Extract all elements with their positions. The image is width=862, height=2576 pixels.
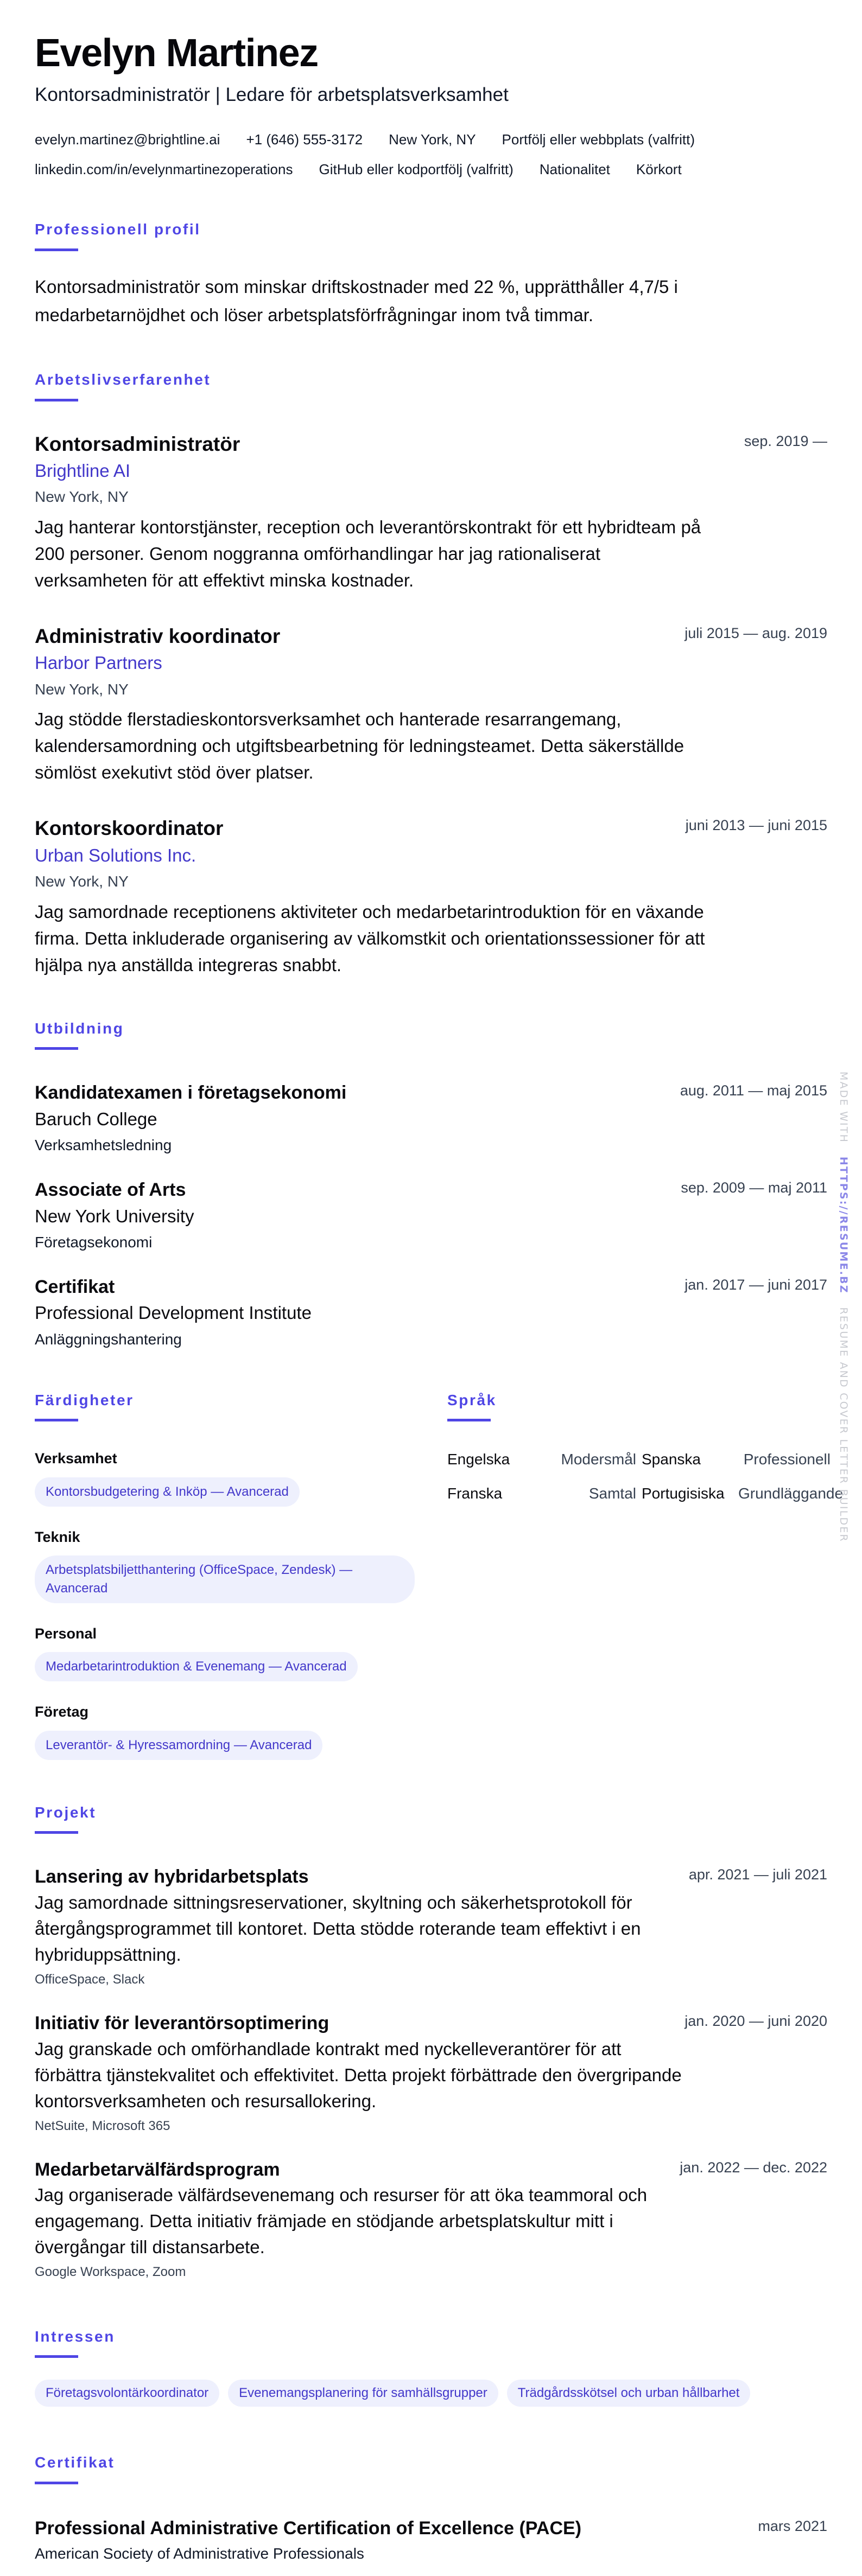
contact-location: New York, NY [389,131,476,148]
section-title-certificates: Certifikat [35,2453,827,2472]
language-list: Engelska Modersmål Spanska Professionell… [447,1450,827,1503]
section-education: Utbildning aug. 2011 — maj 2015 Kandidat… [35,1019,827,1349]
education-entry: sep. 2009 — maj 2011 Associate of Arts N… [35,1178,827,1252]
watermark-link[interactable]: HTTPS://RESUME.BZ [838,1157,850,1294]
section-experience: Arbetslivserfarenhet sep. 2019 — Kontors… [35,371,827,978]
section-divider [35,2482,78,2484]
watermark: MADE WITH HTTPS://RESUME.BZ RESUME AND C… [838,1072,850,1542]
job-location: New York, NY [35,872,827,891]
project-description: Jag samordnade sittningsreservationer, s… [35,1890,686,1968]
interest-tag: Evenemangsplanering för samhällsgrupper [228,2380,498,2407]
section-divider [35,1047,78,1050]
section-skills: Färdigheter Verksamhet Kontorsbudgeterin… [35,1391,447,1760]
job-location: New York, NY [35,680,827,699]
language-name: Engelska [447,1450,538,1469]
education-field: Verksamhetsledning [35,1136,827,1155]
skill-group: Personal Medarbetarintroduktion & Evenem… [35,1625,447,1681]
watermark-suffix: RESUME AND COVER LETTER BUILDER [838,1307,850,1542]
job-company: Urban Solutions Inc. [35,845,827,866]
skill-category: Företag [35,1703,447,1720]
education-dates: jan. 2017 — juni 2017 [684,1277,827,1293]
language-level: Professionell [738,1450,831,1469]
candidate-name: Evelyn Martinez [35,34,827,73]
language-level: Grundläggande [738,1484,831,1503]
job-description: Jag stödde flerstadieskontorsverksamhet … [35,706,708,786]
language-name: Portugisiska [642,1484,733,1503]
section-divider [35,248,78,251]
project-entry: jan. 2020 — juni 2020 Initiativ för leve… [35,2012,827,2134]
contact-row-1: evelyn.martinez@brightline.ai +1 (646) 5… [35,131,827,148]
job-company: Harbor Partners [35,652,827,674]
education-school: New York University [35,1205,827,1227]
job-title: Kontorsadministratör [35,432,827,457]
contact-portfolio[interactable]: Portfölj eller webbplats (valfritt) [502,131,695,148]
job-entry: juni 2013 — juni 2015 Kontorskoordinator… [35,816,827,978]
skill-tag: Kontorsbudgetering & Inköp — Avancerad [35,1477,300,1507]
project-description: Jag granskade och omförhandlade kontrakt… [35,2036,686,2114]
project-tech: NetSuite, Microsoft 365 [35,2118,827,2134]
education-entry: jan. 2017 — juni 2017 Certifikat Profess… [35,1276,827,1349]
education-entry: aug. 2011 — maj 2015 Kandidatexamen i fö… [35,1081,827,1155]
skill-group: Teknik Arbetsplatsbiljetthantering (Offi… [35,1528,447,1603]
education-field: Företagsekonomi [35,1233,827,1252]
contact-github[interactable]: GitHub eller kodportfölj (valfritt) [319,161,513,178]
interest-tag: Trädgårdsskötsel och urban hållbarhet [507,2380,751,2407]
job-dates: juli 2015 — aug. 2019 [684,625,827,642]
contact-linkedin[interactable]: linkedin.com/in/evelynmartinezoperations [35,161,293,178]
section-title-profile: Professionell profil [35,220,827,239]
job-description: Jag samordnade receptionens aktiviteter … [35,898,708,978]
job-dates: sep. 2019 — [744,433,827,450]
contact-email[interactable]: evelyn.martinez@brightline.ai [35,131,220,148]
education-dates: aug. 2011 — maj 2015 [680,1082,827,1099]
certificate-issuer: American Society of Administrative Profe… [35,2544,827,2563]
education-school: Baruch College [35,1108,827,1130]
section-title-skills: Färdigheter [35,1391,447,1410]
profile-summary: Kontorsadministratör som minskar driftsk… [35,273,740,329]
section-divider [35,1831,78,1834]
skill-category: Teknik [35,1528,447,1546]
project-dates: jan. 2020 — juni 2020 [684,2013,827,2030]
job-location: New York, NY [35,488,827,506]
section-profile: Professionell profil Kontorsadministratö… [35,220,827,329]
contact-license: Körkort [636,161,682,178]
job-entry: sep. 2019 — Kontorsadministratör Brightl… [35,432,827,594]
skill-tag: Leverantör- & Hyressamordning — Avancera… [35,1731,322,1760]
certificate-title: Professional Administrative Certificatio… [35,2517,827,2540]
language-name: Spanska [642,1450,733,1469]
skill-category: Verksamhet [35,1450,447,1467]
section-divider [35,399,78,401]
section-certificates: Certifikat mars 2021 Professional Admini… [35,2453,827,2563]
contact-phone[interactable]: +1 (646) 555-3172 [246,131,363,148]
skill-group: Verksamhet Kontorsbudgetering & Inköp — … [35,1450,447,1506]
project-tech: OfficeSpace, Slack [35,1971,827,1988]
project-dates: apr. 2021 — juli 2021 [689,1866,827,1883]
section-divider [35,1419,78,1421]
section-interests: Intressen Företagsvolontärkoordinator Ev… [35,2328,827,2407]
project-entry: jan. 2022 — dec. 2022 Medarbetarvälfärds… [35,2158,827,2281]
interest-tag: Företagsvolontärkoordinator [35,2380,219,2407]
language-name: Franska [447,1484,538,1503]
education-field: Anläggningshantering [35,1330,827,1349]
section-title-experience: Arbetslivserfarenhet [35,371,827,389]
contact-row-2: linkedin.com/in/evelynmartinezoperations… [35,161,827,178]
skills-languages-row: Färdigheter Verksamhet Kontorsbudgeterin… [35,1391,827,1760]
language-level: Samtal [544,1484,636,1503]
education-school: Professional Development Institute [35,1302,827,1324]
job-dates: juni 2013 — juni 2015 [686,817,827,834]
section-title-education: Utbildning [35,1019,827,1038]
candidate-headline: Kontorsadministratör | Ledare för arbets… [35,84,827,106]
resume-page: Evelyn Martinez Kontorsadministratör | L… [35,0,827,2563]
project-dates: jan. 2022 — dec. 2022 [680,2159,827,2176]
certificate-date: mars 2021 [758,2518,827,2535]
skill-group: Företag Leverantör- & Hyressamordning — … [35,1703,447,1759]
section-title-languages: Språk [447,1391,827,1410]
job-company: Brightline AI [35,460,827,482]
language-level: Modersmål [544,1450,636,1469]
interest-list: Företagsvolontärkoordinator Evenemangspl… [35,2380,827,2407]
section-divider [35,2355,78,2358]
project-tech: Google Workspace, Zoom [35,2263,827,2280]
watermark-prefix: MADE WITH [838,1072,850,1143]
section-divider [447,1419,491,1421]
project-entry: apr. 2021 — juli 2021 Lansering av hybri… [35,1865,827,1988]
education-dates: sep. 2009 — maj 2011 [681,1179,827,1196]
skill-category: Personal [35,1625,447,1642]
section-title-projects: Projekt [35,1803,827,1822]
contact-nationality: Nationalitet [540,161,610,178]
job-description: Jag hanterar kontorstjänster, reception … [35,514,708,594]
section-projects: Projekt apr. 2021 — juli 2021 Lansering … [35,1803,827,2281]
certificate-entry: mars 2021 Professional Administrative Ce… [35,2517,827,2564]
section-languages: Språk Engelska Modersmål Spanska Profess… [447,1391,827,1760]
skill-tag: Medarbetarintroduktion & Evenemang — Ava… [35,1652,358,1681]
skill-tag: Arbetsplatsbiljetthantering (OfficeSpace… [35,1555,415,1603]
project-description: Jag organiserade välfärdsevenemang och r… [35,2182,686,2260]
job-entry: juli 2015 — aug. 2019 Administrativ koor… [35,624,827,786]
section-title-interests: Intressen [35,2328,827,2346]
